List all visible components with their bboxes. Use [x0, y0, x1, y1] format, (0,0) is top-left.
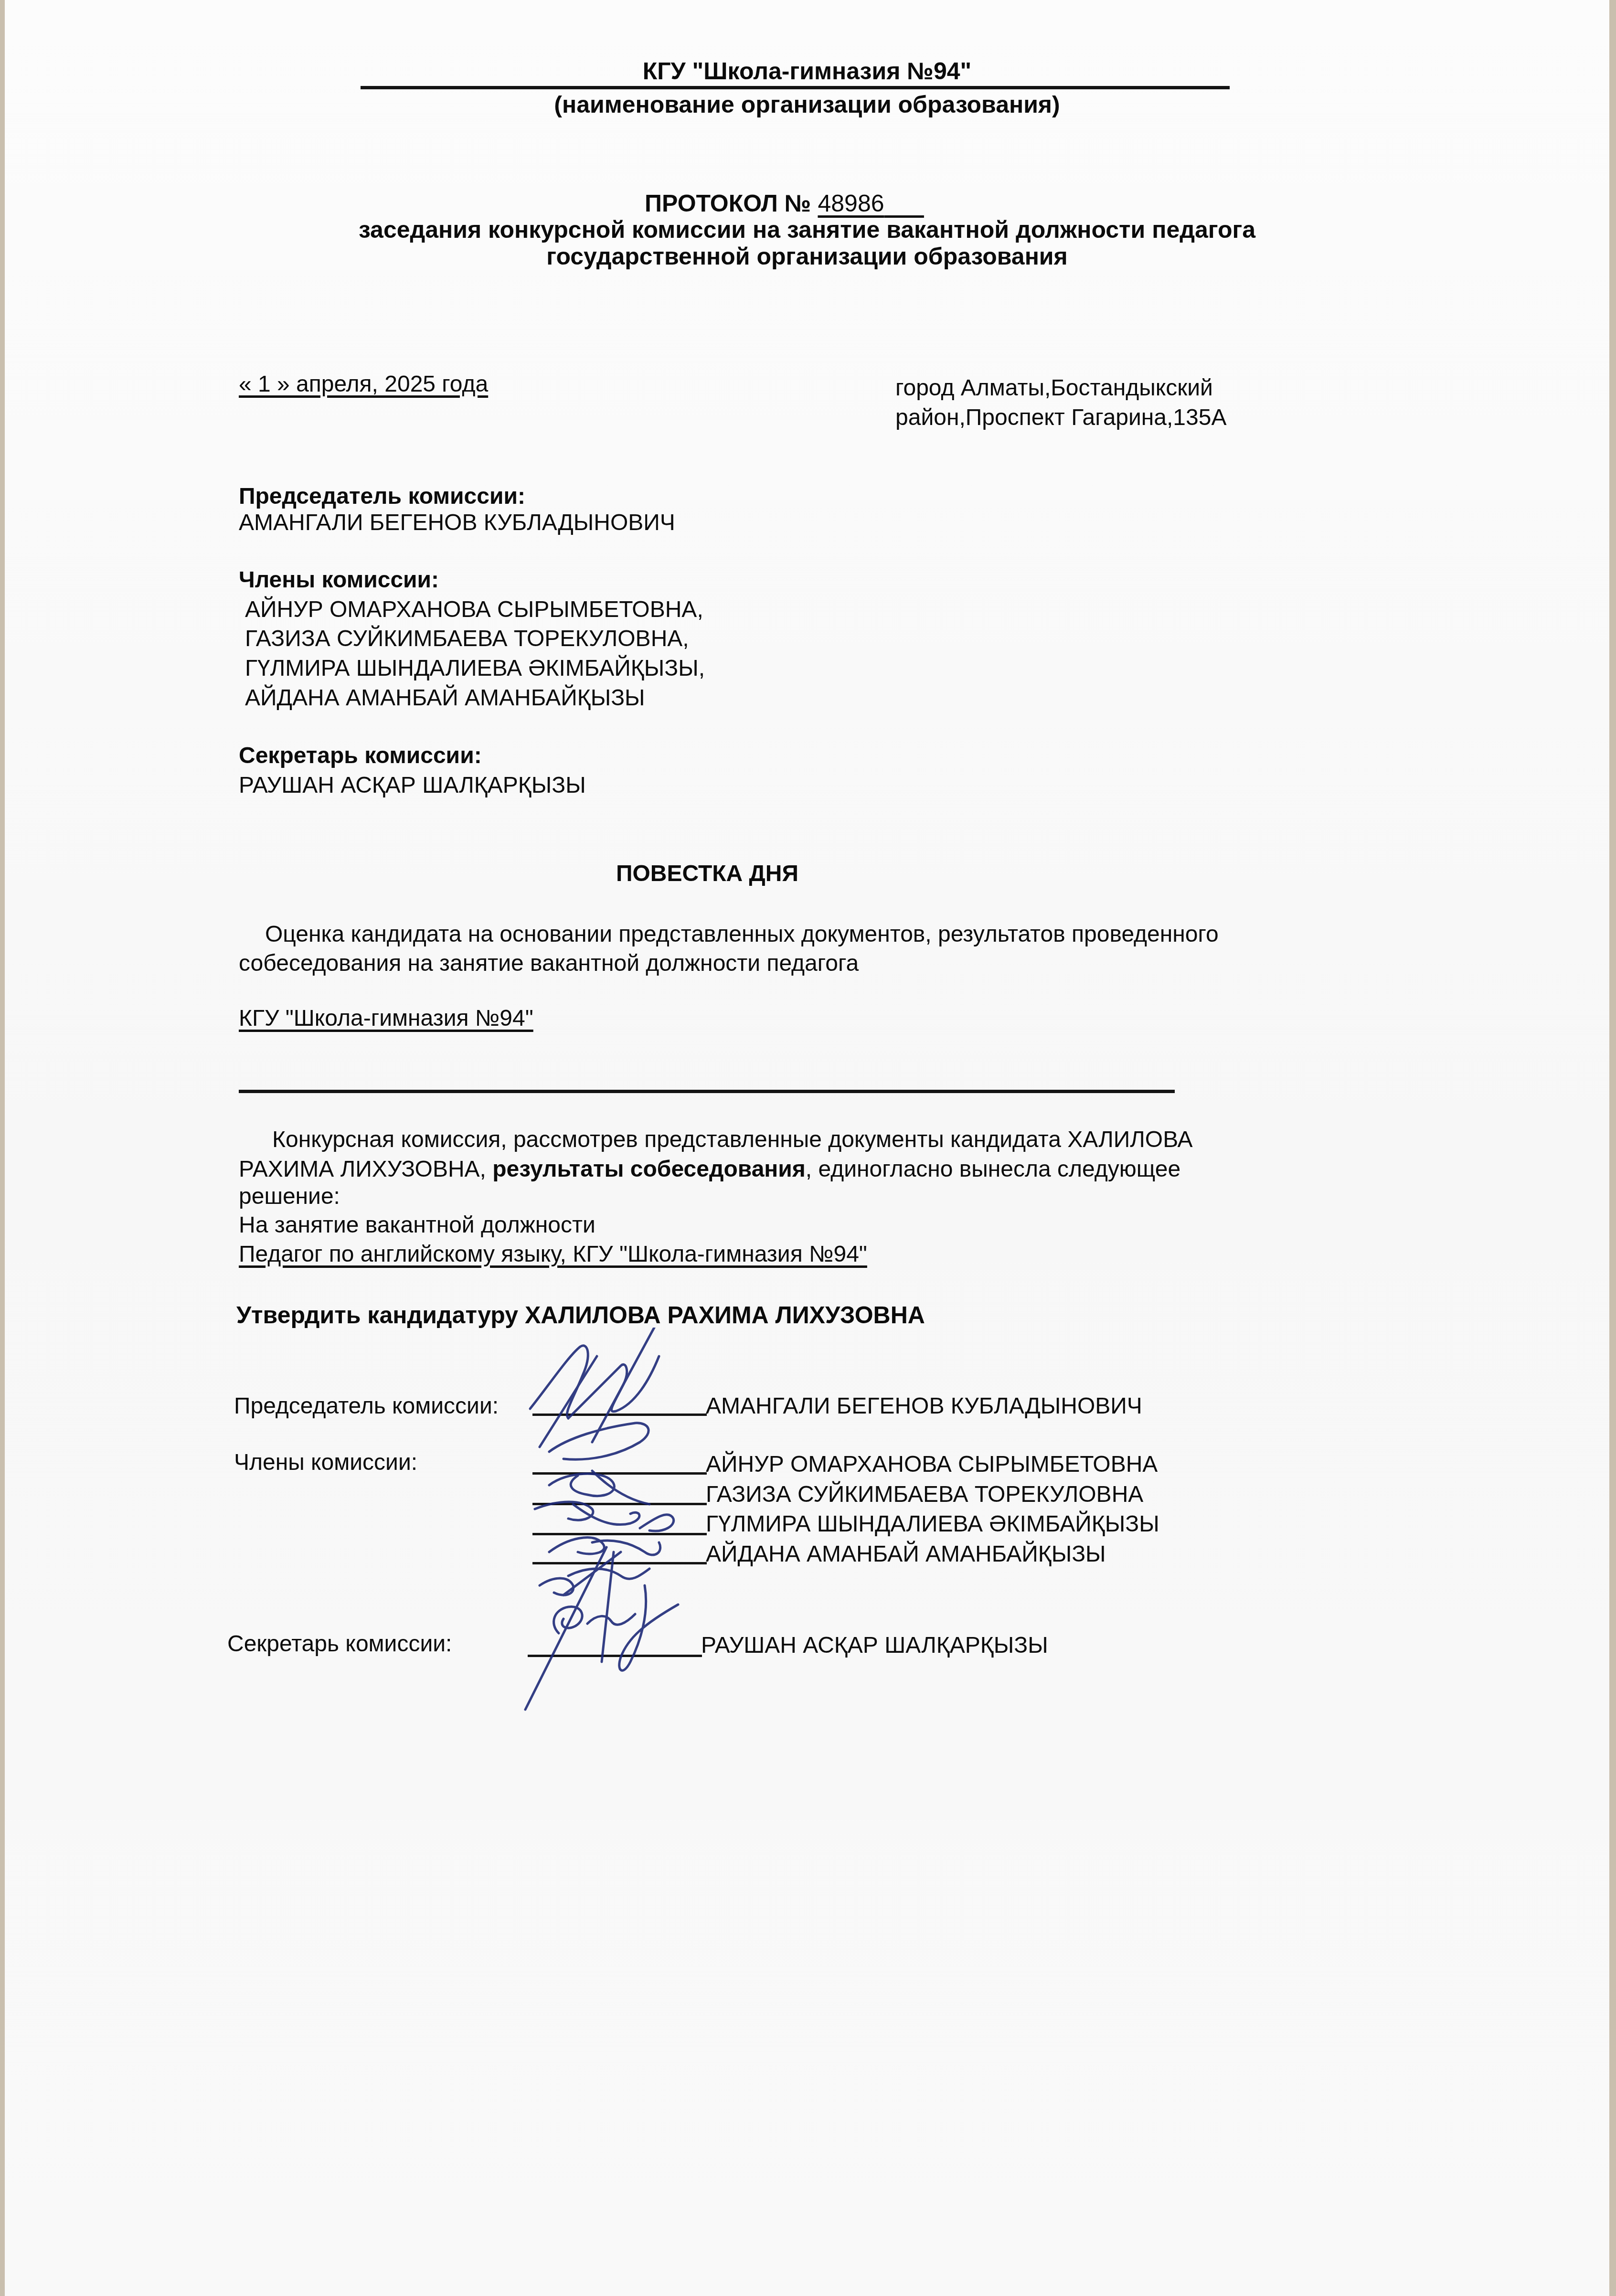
decision-line1: Конкурсная комиссия, рассмотрев представ… [272, 1126, 1193, 1154]
protocol-title: ПРОТОКОЛ № 48986 [645, 189, 924, 218]
protocol-label: ПРОТОКОЛ № [645, 190, 818, 217]
document-page: КГУ "Школа-гимназия №94" (наименование о… [5, 0, 1609, 2296]
sign-line-chair [532, 1414, 707, 1416]
meeting-location-line2: район,Проспект Гагарина,135А [895, 404, 1226, 432]
sign-secretary-name: РАУШАН АСҚАР ШАЛҚАРҚЫЗЫ [701, 1631, 1048, 1660]
members-label: Члены комиссии: [239, 566, 439, 595]
member-name: ГАЗИЗА СУЙКИМБАЕВА ТОРЕКУЛОВНА, [245, 625, 689, 653]
candidate-name: РАХИМА ЛИХУЗОВНА, [239, 1157, 492, 1182]
decision-line2: РАХИМА ЛИХУЗОВНА, результаты собеседован… [239, 1155, 1180, 1184]
sign-member-name: ГАЗИЗА СУЙКИМБАЕВА ТОРЕКУЛОВНА [706, 1480, 1143, 1509]
secretary-label: Секретарь комиссии: [239, 742, 482, 770]
secretary-name: РАУШАН АСҚАР ШАЛҚАРҚЫЗЫ [239, 771, 586, 800]
agenda-line1: Оценка кандидата на основании представле… [265, 920, 1219, 949]
decision-line2-rest: , единогласно вынесла следующее [806, 1157, 1180, 1182]
sign-line-member [532, 1472, 707, 1475]
member-name: ГҮЛМИРА ШЫНДАЛИЕВА ӘКІМБАЙҚЫЗЫ, [245, 654, 705, 683]
interview-results: результаты собеседования [492, 1157, 806, 1182]
agenda-line2: собеседования на занятие вакантной должн… [239, 949, 859, 978]
organization-name: КГУ "Школа-гимназия №94" [5, 56, 1609, 86]
protocol-subtitle-line2: государственной организации образования [5, 242, 1609, 271]
sign-member-name: ГҮЛМИРА ШЫНДАЛИЕВА ӘКІМБАЙҚЫЗЫ [706, 1510, 1159, 1539]
meeting-date: « 1 » апреля, 2025 года [239, 370, 488, 399]
sign-chair-label: Председатель комиссии: [234, 1392, 499, 1421]
protocol-number-blank [884, 190, 924, 217]
protocol-subtitle-line1: заседания конкурсной комиссии на занятие… [5, 215, 1609, 244]
decision-position: Педагог по английскому языку, КГУ "Школа… [239, 1240, 867, 1269]
decision-line3: решение: [239, 1182, 340, 1211]
chair-label: Председатель комиссии: [239, 482, 525, 511]
sign-member-name: АЙНУР ОМАРХАНОВА СЫРЫМБЕТОВНА [706, 1450, 1158, 1479]
organization-underline [361, 86, 1230, 89]
blank-line [239, 1090, 1175, 1093]
member-name: АЙНУР ОМАРХАНОВА СЫРЫМБЕТОВНА, [245, 595, 703, 624]
sign-line-member [532, 1533, 707, 1535]
agenda-organization: КГУ "Школа-гимназия №94" [239, 1004, 533, 1033]
protocol-number: 48986 [818, 190, 884, 217]
sign-member-name: АЙДАНА АМАНБАЙ АМАНБАЙҚЫЗЫ [706, 1540, 1106, 1569]
meeting-location-line1: город Алматы,Бостандыкский [895, 374, 1213, 403]
sign-chair-name: АМАНГАЛИ БЕГЕНОВ КУБЛАДЫНОВИЧ [706, 1392, 1142, 1421]
sign-members-label: Члены комиссии: [234, 1448, 417, 1477]
agenda-heading: ПОВЕСТКА ДНЯ [616, 860, 798, 888]
decision-line4: На занятие вакантной должности [239, 1211, 595, 1240]
chair-name: АМАНГАЛИ БЕГЕНОВ КУБЛАДЫНОВИЧ [239, 509, 675, 537]
organization-caption: (наименование организации образования) [5, 90, 1609, 119]
approve-candidate: Утвердить кандидатуру ХАЛИЛОВА РАХИМА ЛИ… [236, 1300, 925, 1330]
member-name: АЙДАНА АМАНБАЙ АМАНБАЙҚЫЗЫ [245, 684, 645, 712]
sign-secretary-label: Секретарь комиссии: [227, 1630, 452, 1658]
sign-line-member [532, 1503, 707, 1505]
sign-line-member [532, 1562, 707, 1564]
sign-line-secretary [528, 1655, 702, 1657]
